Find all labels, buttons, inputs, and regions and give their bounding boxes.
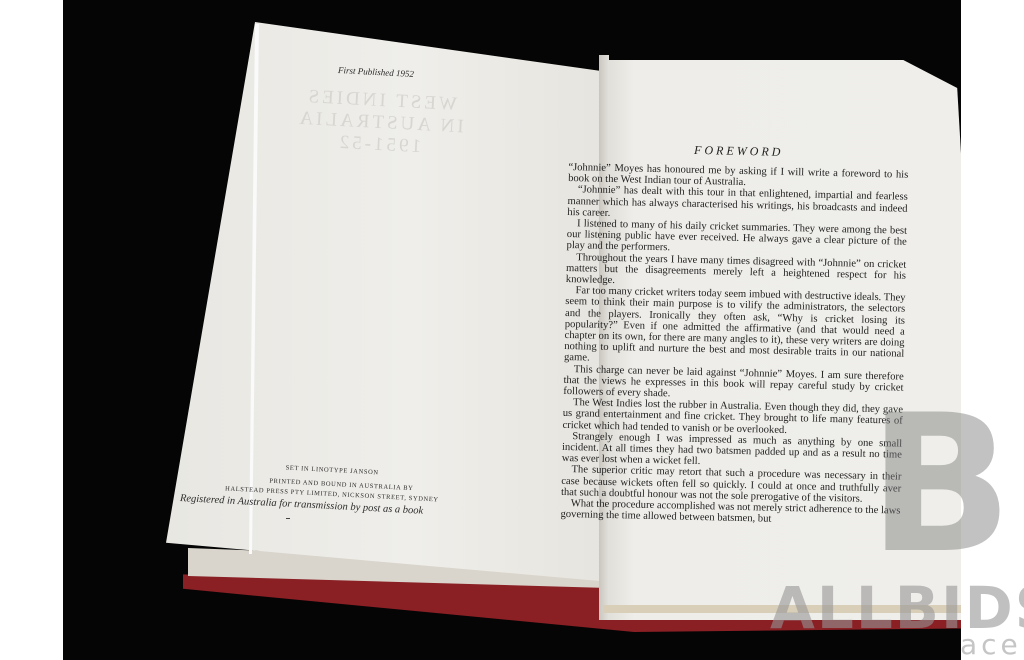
watermark-logo-icon: B bbox=[868, 400, 1018, 570]
page-mark bbox=[286, 518, 290, 519]
paragraph: Far too many cricket writers today seem … bbox=[564, 285, 906, 371]
watermark-tagline: ace bbox=[960, 628, 1022, 660]
show-through-title: WEST INDIES IN AUSTRALIA 1951-52 bbox=[248, 83, 511, 163]
foreword-text: FOREWORD “Johnnie” Moyes has honoured me… bbox=[560, 140, 909, 528]
